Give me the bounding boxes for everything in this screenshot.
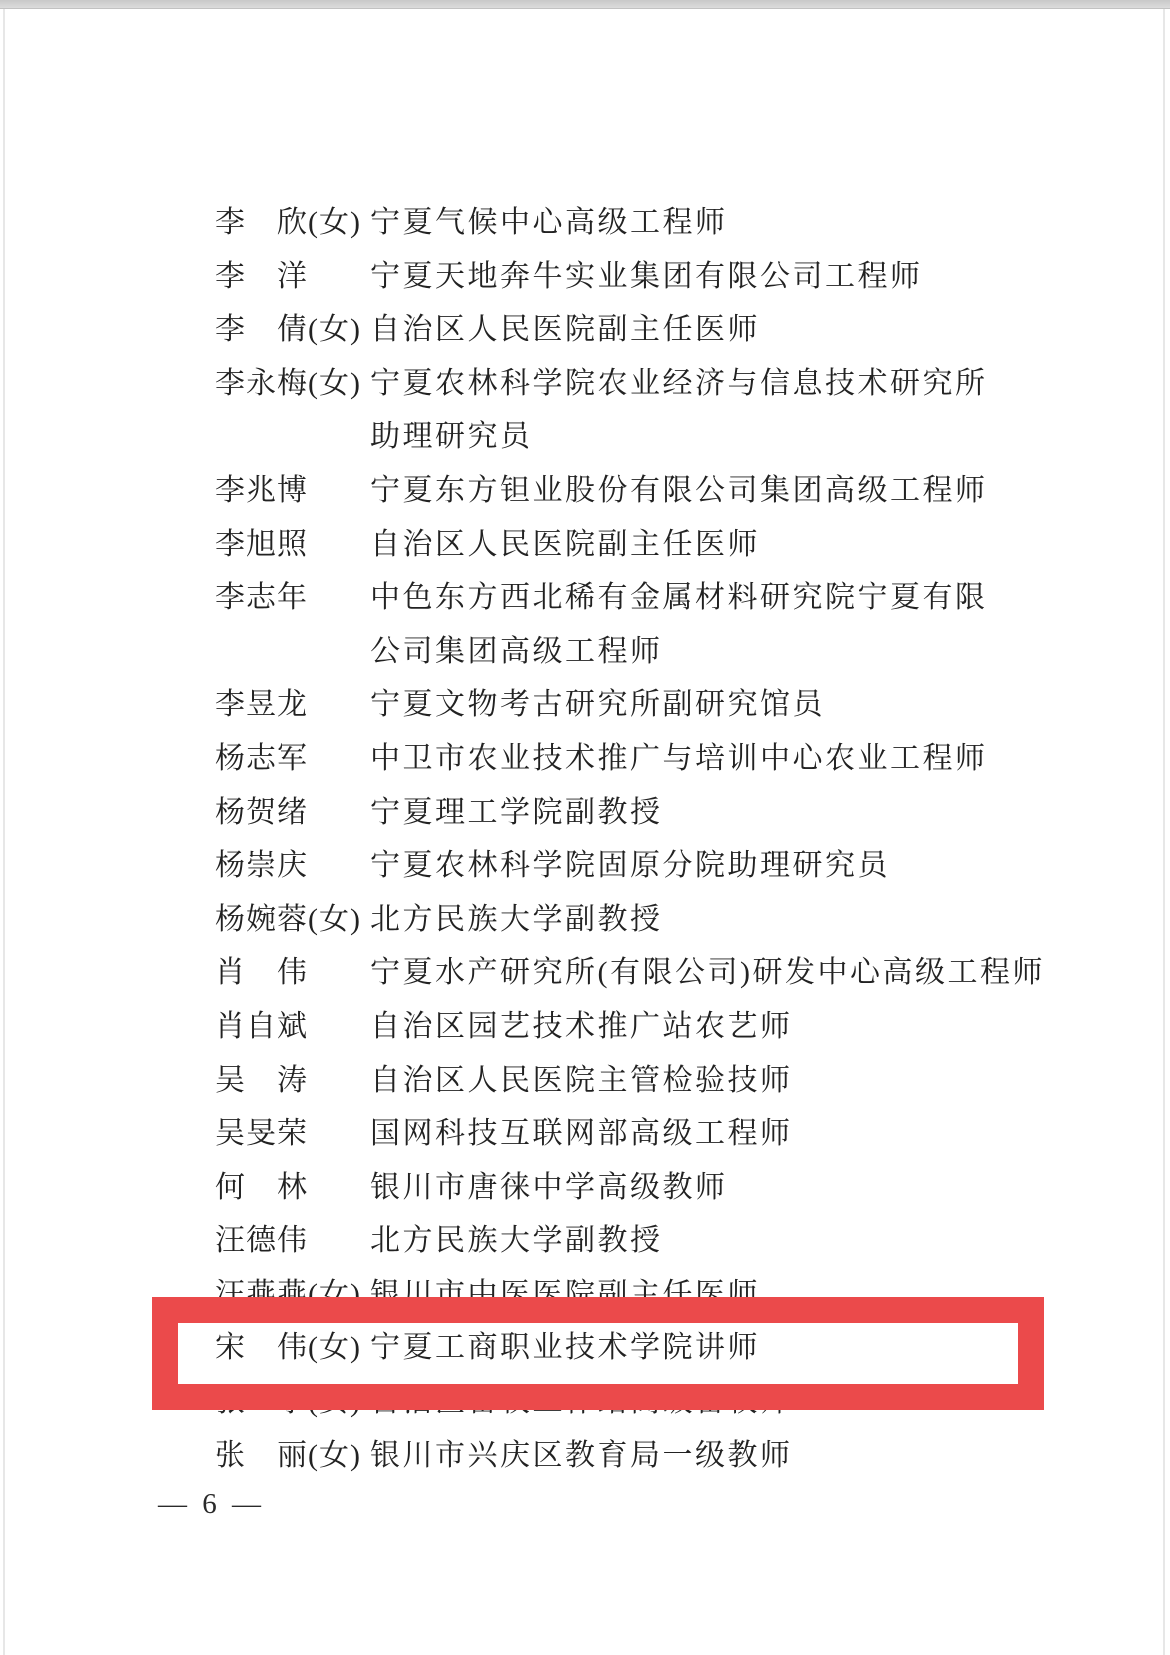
entry-row: 李旭照自治区人民医院副主任医师 (215, 518, 1130, 572)
entry-row: 汪德伟北方民族大学副教授 (215, 1214, 1130, 1268)
entry-organization-line2: 助理研究员 (370, 410, 1130, 464)
entry-organization: 宁夏气候中心高级工程师 (370, 196, 1130, 250)
entry-organization-line1: 自治区人民医院副主任医师 (370, 303, 1130, 357)
entry-row: 李 欣(女)宁夏气候中心高级工程师 (215, 196, 1130, 250)
entry-row: 吴 涛自治区人民医院主管检验技师 (215, 1054, 1130, 1108)
entry-row: 肖自斌自治区园艺技术推广站农艺师 (215, 1000, 1130, 1054)
entry-organization: 宁夏东方钽业股份有限公司集团高级工程师 (370, 464, 1130, 518)
entry-organization-line1: 银川市兴庆区教育局一级教师 (370, 1429, 1130, 1483)
page-left-edge (3, 9, 5, 1655)
entry-row: 李昱龙宁夏文物考古研究所副研究馆员 (215, 678, 1130, 732)
entry-row: 何 林银川市唐徕中学高级教师 (215, 1161, 1130, 1215)
entries-list: 李 欣(女)宁夏气候中心高级工程师李 洋宁夏天地奔牛实业集团有限公司工程师李 倩… (215, 196, 1130, 1482)
entry-name: 汪德伟 (215, 1214, 370, 1268)
entry-name: 张 丽(女) (215, 1429, 370, 1483)
entry-organization: 银川市唐徕中学高级教师 (370, 1161, 1130, 1215)
entry-name: 杨崇庆 (215, 839, 370, 893)
page-number: — 6 — (158, 1488, 265, 1521)
entry-organization: 宁夏农林科学院固原分院助理研究员 (370, 839, 1130, 893)
entry-organization-line1: 宁夏水产研究所(有限公司)研发中心高级工程师 (370, 946, 1130, 1000)
entry-organization-line1: 自治区人民医院副主任医师 (370, 518, 1130, 572)
entry-organization: 自治区园艺技术推广站农艺师 (370, 1000, 1130, 1054)
entry-organization-line1: 银川市唐徕中学高级教师 (370, 1161, 1130, 1215)
entry-organization: 银川市兴庆区教育局一级教师 (370, 1429, 1130, 1483)
entry-organization-line1: 宁夏气候中心高级工程师 (370, 196, 1130, 250)
entry-organization-line1: 宁夏东方钽业股份有限公司集团高级工程师 (370, 464, 1130, 518)
entry-row: 肖 伟宁夏水产研究所(有限公司)研发中心高级工程师 (215, 946, 1130, 1000)
entry-name: 肖 伟 (215, 946, 370, 1000)
entry-row: 李 洋宁夏天地奔牛实业集团有限公司工程师 (215, 250, 1130, 304)
entry-organization-line1: 宁夏农林科学院农业经济与信息技术研究所 (370, 357, 1130, 411)
entry-name: 李志年 (215, 571, 370, 625)
entry-organization-line1: 宁夏天地奔牛实业集团有限公司工程师 (370, 250, 1130, 304)
entry-row: 李 倩(女)自治区人民医院副主任医师 (215, 303, 1130, 357)
entry-name: 李昱龙 (215, 678, 370, 732)
entry-row: 杨志军中卫市农业技术推广与培训中心农业工程师 (215, 732, 1130, 786)
entry-row: 杨崇庆宁夏农林科学院固原分院助理研究员 (215, 839, 1130, 893)
entry-row: 李志年中色东方西北稀有金属材料研究院宁夏有限公司集团高级工程师 (215, 571, 1130, 678)
entry-organization-line1: 北方民族大学副教授 (370, 1214, 1130, 1268)
entry-name: 杨贺绪 (215, 786, 370, 840)
entry-name: 李永梅(女) (215, 357, 370, 411)
entry-row: 张 丽(女)银川市兴庆区教育局一级教师 (215, 1429, 1130, 1483)
entry-name: 李旭照 (215, 518, 370, 572)
entry-name: 吴旻荣 (215, 1107, 370, 1161)
entry-name: 杨志军 (215, 732, 370, 786)
entry-organization: 宁夏理工学院副教授 (370, 786, 1130, 840)
entry-organization: 自治区人民医院副主任医师 (370, 518, 1130, 572)
entry-name: 何 林 (215, 1161, 370, 1215)
page-top-edge (0, 0, 1170, 9)
entry-organization-line1: 国网科技互联网部高级工程师 (370, 1107, 1130, 1161)
entry-organization-line1: 宁夏理工学院副教授 (370, 786, 1130, 840)
entry-organization-line1: 宁夏农林科学院固原分院助理研究员 (370, 839, 1130, 893)
entry-organization-line2: 公司集团高级工程师 (370, 625, 1130, 679)
entry-organization: 中卫市农业技术推广与培训中心农业工程师 (370, 732, 1130, 786)
page-right-edge (1163, 9, 1165, 1655)
entry-organization: 北方民族大学副教授 (370, 893, 1130, 947)
entry-organization: 自治区人民医院副主任医师 (370, 303, 1130, 357)
entry-row: 吴旻荣国网科技互联网部高级工程师 (215, 1107, 1130, 1161)
entry-name: 吴 涛 (215, 1054, 370, 1108)
entry-name: 李 欣(女) (215, 196, 370, 250)
entry-row: 李兆博宁夏东方钽业股份有限公司集团高级工程师 (215, 464, 1130, 518)
entry-name: 李 洋 (215, 250, 370, 304)
highlight-annotation-box (152, 1297, 1044, 1410)
entry-row: 李永梅(女)宁夏农林科学院农业经济与信息技术研究所助理研究员 (215, 357, 1130, 464)
entry-organization: 北方民族大学副教授 (370, 1214, 1130, 1268)
entry-organization-line1: 宁夏文物考古研究所副研究馆员 (370, 678, 1130, 732)
entry-name: 李 倩(女) (215, 303, 370, 357)
entry-organization: 自治区人民医院主管检验技师 (370, 1054, 1130, 1108)
entry-organization: 宁夏水产研究所(有限公司)研发中心高级工程师 (370, 946, 1130, 1000)
entry-organization: 中色东方西北稀有金属材料研究院宁夏有限公司集团高级工程师 (370, 571, 1130, 678)
entry-organization-line1: 北方民族大学副教授 (370, 893, 1130, 947)
entry-name: 杨婉蓉(女) (215, 893, 370, 947)
entry-row: 杨贺绪宁夏理工学院副教授 (215, 786, 1130, 840)
entry-organization: 宁夏天地奔牛实业集团有限公司工程师 (370, 250, 1130, 304)
entry-name: 肖自斌 (215, 1000, 370, 1054)
entry-organization-line1: 自治区人民医院主管检验技师 (370, 1054, 1130, 1108)
entry-name: 李兆博 (215, 464, 370, 518)
entry-organization-line1: 中色东方西北稀有金属材料研究院宁夏有限 (370, 571, 1130, 625)
entry-organization-line1: 自治区园艺技术推广站农艺师 (370, 1000, 1130, 1054)
entry-organization: 宁夏文物考古研究所副研究馆员 (370, 678, 1130, 732)
entry-organization: 国网科技互联网部高级工程师 (370, 1107, 1130, 1161)
entry-organization: 宁夏农林科学院农业经济与信息技术研究所助理研究员 (370, 357, 1130, 464)
entry-organization-line1: 中卫市农业技术推广与培训中心农业工程师 (370, 732, 1130, 786)
entry-row: 杨婉蓉(女)北方民族大学副教授 (215, 893, 1130, 947)
